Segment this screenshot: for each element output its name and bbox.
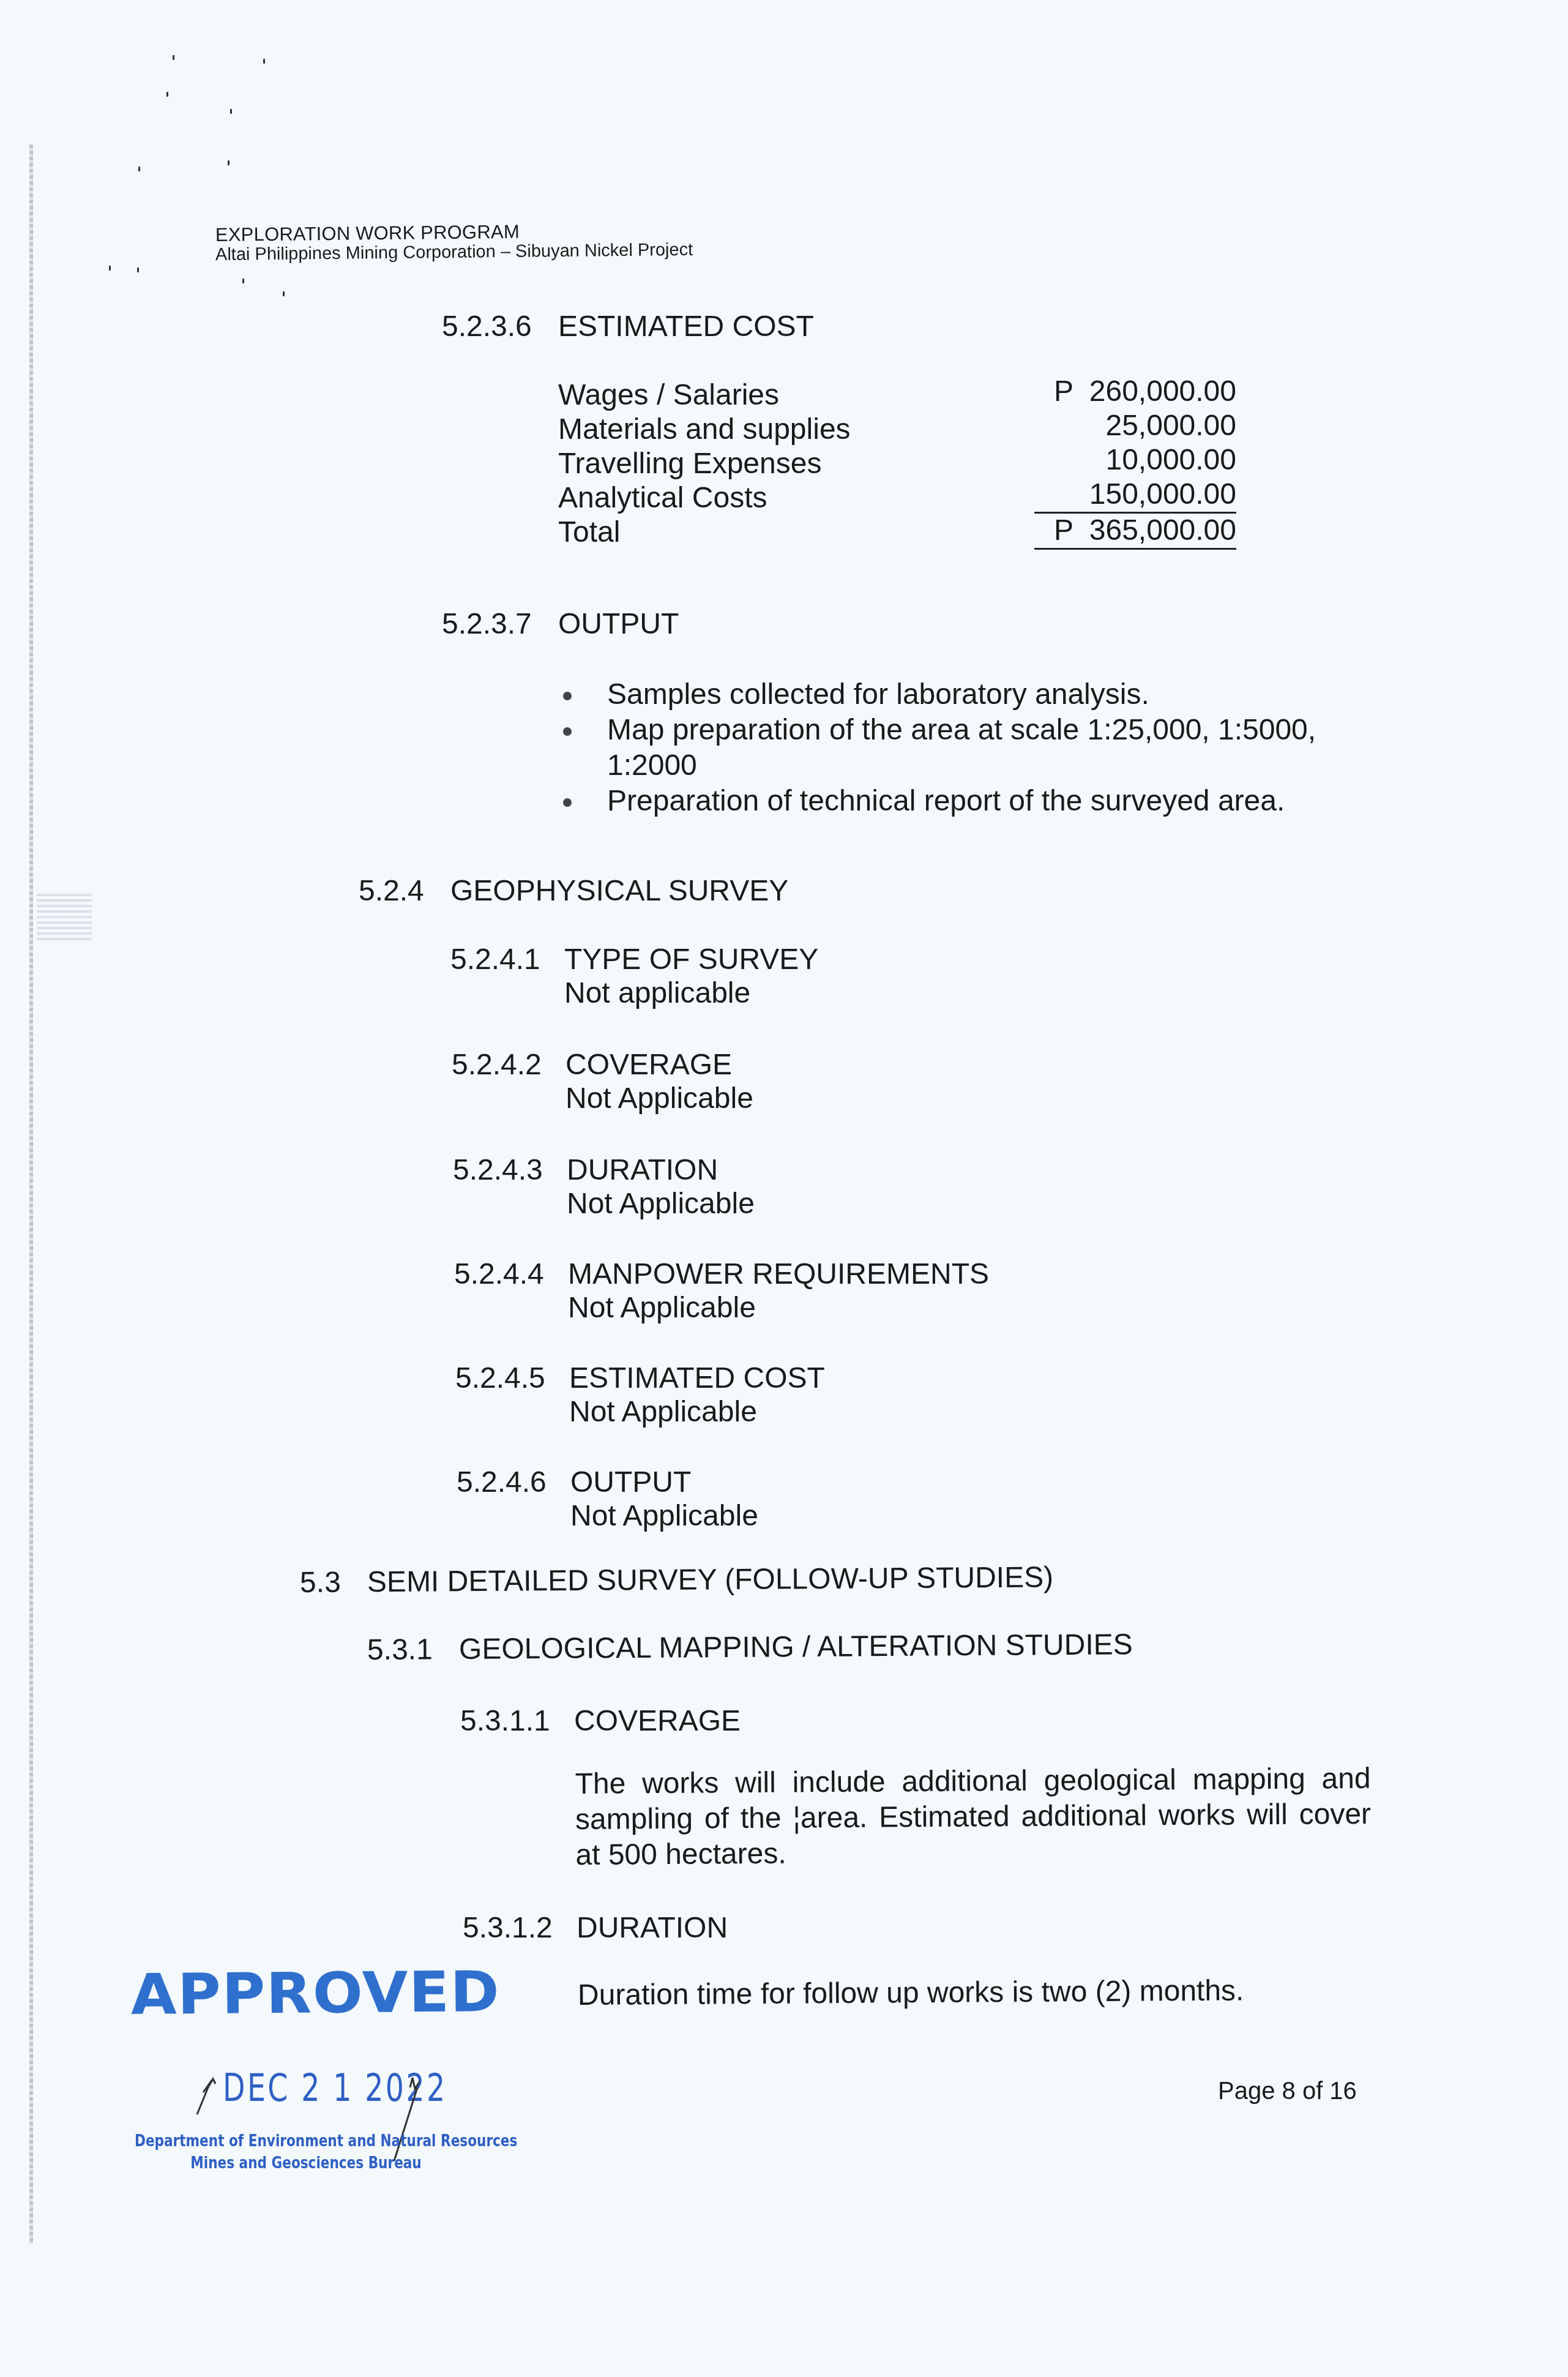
section-number: 5.2.4.3 bbox=[453, 1153, 567, 1187]
section-524-heading: 5.2.4GEOPHYSICAL SURVEY bbox=[359, 874, 788, 908]
bullet-item: Map preparation of the area at scale 1:2… bbox=[558, 713, 1360, 784]
subsection-5246: 5.2.4.6OUTPUT Not Applicable bbox=[457, 1466, 758, 1533]
cost-label: Analytical Costs bbox=[558, 481, 851, 515]
scan-speck bbox=[138, 167, 140, 171]
section-531-heading: 5.3.1GEOLOGICAL MAPPING / ALTERATION STU… bbox=[367, 1628, 1133, 1667]
scan-speck bbox=[166, 92, 168, 97]
section-title: ESTIMATED COST bbox=[569, 1362, 825, 1394]
section-title: OUTPUT bbox=[570, 1466, 691, 1499]
section-number: 5.2.4.4 bbox=[454, 1257, 568, 1291]
section-number: 5.2.4.5 bbox=[455, 1361, 569, 1395]
section-5237-heading: 5.2.3.7OUTPUT bbox=[442, 607, 679, 641]
cost-value: 10,000.00 bbox=[1034, 443, 1236, 477]
scan-speck bbox=[263, 59, 265, 64]
section-number: 5.3.1.2 bbox=[463, 1911, 577, 1945]
section-number: 5.2.4 bbox=[359, 874, 450, 908]
document-header-subtitle: Altai Philippines Mining Corporation – S… bbox=[215, 240, 693, 265]
signature-icon bbox=[195, 2074, 219, 2117]
section-title: TYPE OF SURVEY bbox=[564, 943, 818, 976]
page-number: Page 8 of 16 bbox=[1218, 2078, 1357, 2105]
section-title: SEMI DETAILED SURVEY (FOLLOW-UP STUDIES) bbox=[367, 1561, 1053, 1598]
section-number: 5.2.3.6 bbox=[442, 310, 558, 343]
section-title: GEOLOGICAL MAPPING / ALTERATION STUDIES bbox=[459, 1628, 1133, 1666]
duration-paragraph: Duration time for follow up works is two… bbox=[578, 1974, 1244, 2012]
scan-smudge bbox=[37, 894, 92, 943]
section-title: COVERAGE bbox=[566, 1049, 732, 1081]
subsection-5245: 5.2.4.5ESTIMATED COST Not Applicable bbox=[455, 1361, 825, 1429]
section-number: 5.3 bbox=[300, 1565, 367, 1600]
subsection-5242: 5.2.4.2COVERAGE Not Applicable bbox=[452, 1048, 753, 1115]
bullet-item: Preparation of technical report of the s… bbox=[558, 784, 1360, 819]
output-bullet-list: Samples collected for laboratory analysi… bbox=[558, 677, 1360, 819]
scan-speck bbox=[283, 291, 285, 296]
section-title: DURATION bbox=[567, 1154, 718, 1186]
section-5311-heading: 5.3.1.1COVERAGE bbox=[460, 1704, 741, 1738]
cost-value-total: P 365,000.00 bbox=[1034, 514, 1236, 550]
section-number: 5.2.4.2 bbox=[452, 1048, 566, 1082]
cost-value: 25,000.00 bbox=[1034, 409, 1236, 443]
cost-label-total: Total bbox=[558, 515, 851, 550]
section-text: Not Applicable bbox=[457, 1499, 758, 1533]
section-text: Not Applicable bbox=[455, 1395, 825, 1429]
stamp-org-line1: Department of Environment and Natural Re… bbox=[135, 2132, 477, 2151]
subsection-5244: 5.2.4.4MANPOWER REQUIREMENTS Not Applica… bbox=[454, 1257, 989, 1325]
section-text: Not Applicable bbox=[454, 1291, 989, 1325]
section-text: Not Applicable bbox=[453, 1187, 755, 1221]
scan-edge-mark bbox=[29, 144, 33, 2244]
section-number: 5.2.4.1 bbox=[450, 943, 564, 976]
section-number: 5.3.1 bbox=[367, 1633, 459, 1667]
cost-value: P 260,000.00 bbox=[1034, 375, 1236, 409]
cost-label: Materials and supplies bbox=[558, 413, 851, 447]
section-5312-heading: 5.3.1.2DURATION bbox=[463, 1911, 728, 1945]
section-title: OUTPUT bbox=[558, 608, 679, 640]
scan-speck bbox=[242, 279, 244, 283]
scan-speck bbox=[109, 266, 111, 271]
scan-speck bbox=[228, 160, 230, 165]
scan-speck bbox=[137, 268, 139, 272]
section-number: 5.2.3.7 bbox=[442, 607, 558, 641]
cost-value-subtotal-line: 150,000.00 bbox=[1034, 477, 1236, 514]
section-title: MANPOWER REQUIREMENTS bbox=[568, 1258, 989, 1290]
coverage-paragraph: The works will include additional geolog… bbox=[575, 1761, 1371, 1873]
section-title: DURATION bbox=[577, 1912, 728, 1944]
section-title: GEOPHYSICAL SURVEY bbox=[450, 875, 788, 907]
approved-stamp: APPROVED bbox=[131, 1959, 501, 2027]
scan-speck bbox=[173, 55, 174, 60]
cost-values: P 260,000.00 25,000.00 10,000.00 150,000… bbox=[1034, 375, 1236, 550]
section-5236-heading: 5.2.3.6ESTIMATED COST bbox=[442, 310, 814, 343]
bullet-item: Samples collected for laboratory analysi… bbox=[558, 677, 1360, 713]
cost-labels: Wages / Salaries Materials and supplies … bbox=[558, 378, 851, 550]
stamp-signature-mark bbox=[195, 2074, 219, 2120]
section-text: Not applicable bbox=[450, 976, 818, 1010]
subsection-5241: 5.2.4.1TYPE OF SURVEY Not applicable bbox=[450, 943, 818, 1010]
section-number: 5.2.4.6 bbox=[457, 1466, 570, 1499]
subsection-5243: 5.2.4.3DURATION Not Applicable bbox=[453, 1153, 755, 1221]
section-text: Not Applicable bbox=[452, 1082, 753, 1115]
scan-speck bbox=[230, 109, 232, 114]
section-number: 5.3.1.1 bbox=[460, 1704, 574, 1738]
section-title: ESTIMATED COST bbox=[558, 310, 814, 343]
section-53-heading: 5.3SEMI DETAILED SURVEY (FOLLOW-UP STUDI… bbox=[300, 1560, 1053, 1600]
stamp-org-line2: Mines and Geosciences Bureau bbox=[135, 2154, 477, 2173]
section-title: COVERAGE bbox=[574, 1705, 741, 1737]
cost-label: Wages / Salaries bbox=[558, 378, 851, 413]
cost-label: Travelling Expenses bbox=[558, 447, 851, 481]
